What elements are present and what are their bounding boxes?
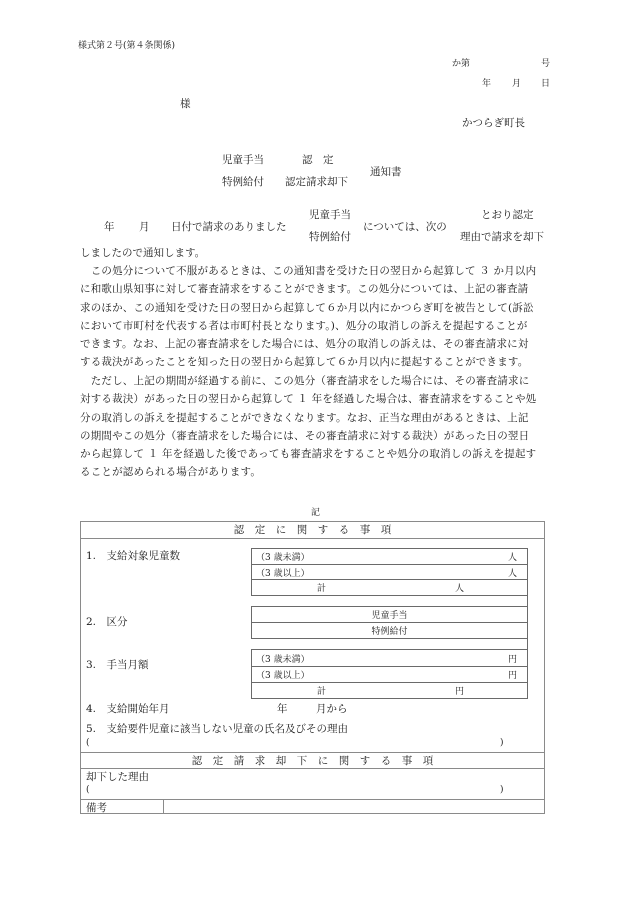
item2-option-1: 児童手当: [251, 608, 528, 621]
box-line: [251, 698, 528, 699]
date-day: 日: [541, 76, 550, 89]
title-action-option-1: 認 定: [302, 152, 334, 167]
form-number: 様式第２号(第４条関係): [78, 38, 175, 51]
item3-total-label: 計: [317, 684, 326, 697]
item5-open-paren: (: [86, 738, 90, 748]
item3-under3-unit: 円: [508, 652, 517, 665]
title-suffix: 通知書: [370, 164, 402, 179]
remarks-field[interactable]: [164, 800, 544, 813]
item4-label: 4. 支給開始年月: [86, 701, 170, 716]
intro-type-option-2: 特例給付: [309, 229, 351, 244]
paragraph-line: ただし、上記の期間が経過する前に、この処分（審査請求をした場合には、その審査請求…: [80, 372, 550, 390]
section2-header: 認 定 請 求 却 下 に 関 す る 事 項: [80, 753, 545, 768]
item3-over3-unit: 円: [508, 668, 517, 681]
remarks-label: 備考: [86, 800, 107, 815]
paragraph-line: において市町村を代表する者は市町村長となります。)、処分の取消しの訴えを提起する…: [80, 317, 550, 335]
box-line: [251, 548, 528, 549]
rejection-reason-label: 却下した理由: [86, 769, 149, 784]
intro-closing: しましたので通知します。: [80, 245, 205, 260]
item5-close-paren: ): [500, 738, 504, 748]
section1-header: 認 定 に 関 す る 事 項: [80, 522, 545, 537]
title-type-option-1: 児童手当: [222, 152, 264, 167]
paragraph-line: に和歌山県知事に対して審査請求をすることができます。この処分については、上記の審…: [80, 280, 550, 298]
rejection-close-paren: ): [500, 785, 504, 795]
intro-year: 年: [104, 219, 115, 234]
intro-result-option-1: とおり認定: [481, 207, 534, 222]
item4-year: 年: [277, 701, 288, 716]
section2-header-divider: [80, 768, 545, 769]
paragraph-line: できます。なお、上記の審査請求をした場合には、処分の取消しの訴えは、その審査請求…: [80, 335, 550, 353]
paragraph-line: の期間やこの処分（審査請求をした場合には、その審査請求に対する裁決）があった日の…: [80, 427, 550, 445]
item3-over3: （3 歳以上）: [256, 668, 310, 681]
title-action-option-2: 認定請求却下: [285, 174, 348, 189]
paragraph-line: 求のほか、この通知を受けた日の翌日から起算して６か月以内にかつらぎ町を被告として…: [80, 299, 550, 317]
issuer: かつらぎ町長: [462, 115, 525, 130]
box-line: [251, 622, 528, 623]
table-bottom-border: [80, 813, 545, 814]
box-line: [251, 666, 528, 667]
title-type-option-2: 特例給付: [222, 174, 264, 189]
item1-under3: （3 歳未満）: [256, 550, 310, 563]
date-month: 月: [512, 76, 521, 89]
item2-label: 2. 区分: [86, 614, 128, 629]
item3-under3: （3 歳未満）: [256, 652, 310, 665]
box-line: [251, 579, 528, 580]
item5-label: 5. 支給要件児童に該当しない児童の氏名及びその理由: [86, 721, 348, 736]
rejection-open-paren: (: [86, 785, 90, 795]
item1-over3-unit: 人: [508, 566, 517, 579]
item2-spacer-line: [251, 649, 528, 650]
item1-label: 1. 支給対象児童数: [86, 548, 180, 563]
intro-middle-text: については、次の: [363, 219, 447, 234]
box-line: [527, 649, 528, 698]
box-line: [251, 638, 528, 639]
intro-date-text: 日付で請求のありました: [171, 219, 287, 234]
doc-number-suffix: 号: [541, 56, 550, 69]
item1-total-unit: 人: [455, 581, 464, 594]
section1-header-divider: [80, 538, 545, 539]
table-left-border: [80, 521, 81, 814]
appeal-paragraph-1: この処分について不服があるときは、この通知書を受けた日の翌日から起算して ３ か…: [80, 262, 550, 372]
intro-month: 月: [139, 219, 150, 234]
box-line: [527, 548, 528, 607]
box-line: [251, 682, 528, 683]
item1-spacer-line: [251, 606, 528, 607]
intro-result-option-2: 理由で請求を却下: [460, 229, 544, 244]
item3-total-unit: 円: [455, 684, 464, 697]
box-line: [251, 595, 528, 596]
box-line: [251, 564, 528, 565]
paragraph-line: 分の取消しの訴えを提起することができなくなります。なお、正当な理由があるときは、…: [80, 409, 550, 427]
paragraph-line: ることが認められる場合があります。: [80, 463, 550, 481]
ki-label: 記: [311, 505, 320, 518]
paragraph-line: する裁決があったことを知った日の翌日から起算して６か月以内に提起することができま…: [80, 353, 550, 371]
paragraph-line: この処分について不服があるときは、この通知書を受けた日の翌日から起算して ３ か…: [80, 262, 550, 280]
appeal-paragraph-2: ただし、上記の期間が経過する前に、この処分（審査請求をした場合には、その審査請求…: [80, 372, 550, 482]
box-line: [251, 548, 252, 595]
item3-label: 3. 手当月額: [86, 657, 149, 672]
paragraph-line: 対する裁決）があった日の翌日から起算して １ 年を経過した場合は、審査請求をする…: [80, 390, 550, 408]
doc-number-prefix: か第: [452, 56, 470, 69]
item1-under3-unit: 人: [508, 550, 517, 563]
table-right-border: [544, 521, 545, 814]
addressee-suffix: 様: [180, 96, 191, 111]
date-year: 年: [482, 76, 491, 89]
item2-option-2: 特例給付: [251, 624, 528, 637]
item1-over3: （3 歳以上）: [256, 566, 310, 579]
box-line: [251, 649, 252, 698]
item4-month-from: 月から: [316, 701, 348, 716]
paragraph-line: から起算して １ 年を経過した後であっても審査請求をすることや処分の取消しの訴え…: [80, 445, 550, 463]
item1-total-label: 計: [317, 581, 326, 594]
intro-type-option-1: 児童手当: [309, 207, 351, 222]
